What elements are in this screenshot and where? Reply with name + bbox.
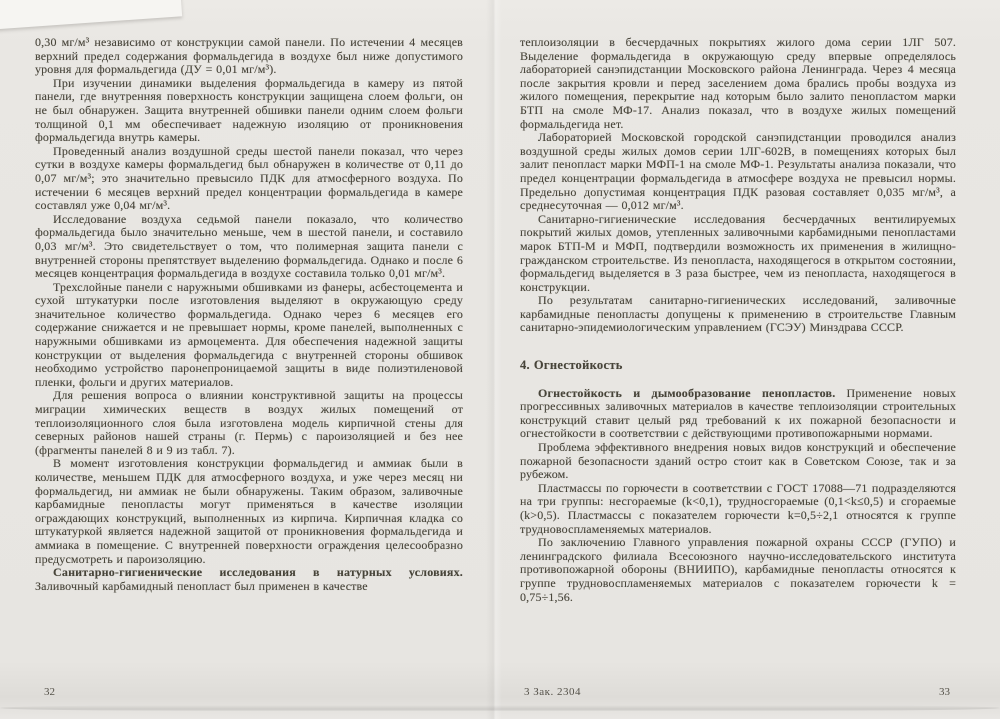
paragraph-bold-lead: Огнестойкость и дымообразование пеноплас… bbox=[538, 386, 835, 400]
paragraph: Санитарно-гигиенические исследования бес… bbox=[520, 213, 956, 295]
paragraph: Пластмассы по горючести в соответствии с… bbox=[520, 482, 956, 536]
paragraph: Санитарно-гигиенические исследования в н… bbox=[35, 566, 463, 593]
paragraph-bold-lead: Санитарно-гигиенические исследования в н… bbox=[53, 565, 463, 579]
paragraph: Лабораторией Московской городской санэпи… bbox=[520, 131, 956, 213]
paragraph: В момент изготовления конструкции формал… bbox=[35, 457, 463, 566]
paragraph: Трехслойные панели с наружными обшивками… bbox=[35, 281, 463, 390]
page-number-right: 33 bbox=[939, 686, 950, 698]
paragraphs: теплоизоляции в бесчердачных покрытиях ж… bbox=[520, 36, 956, 604]
print-run-imprint: 3 Зак. 2304 bbox=[524, 686, 581, 698]
paragraph: теплоизоляции в бесчердачных покрытиях ж… bbox=[520, 36, 956, 131]
page-left: 0,30 мг/м³ независимо от конструкции сам… bbox=[8, 0, 488, 719]
paragraph: Огнестойкость и дымообразование пеноплас… bbox=[520, 387, 956, 441]
scanned-book-spread: 0,30 мг/м³ независимо от конструкции сам… bbox=[0, 0, 1000, 719]
paragraph: Для решения вопроса о влиянии конструкти… bbox=[35, 389, 463, 457]
paragraph: Проблема эффективного внедрения новых ви… bbox=[520, 441, 956, 482]
page-number-left: 32 bbox=[44, 686, 55, 698]
section-heading: 4. Огнестойкость bbox=[520, 359, 956, 373]
paragraph: По результатам санитарно-гигиенических и… bbox=[520, 294, 956, 335]
paragraph: Проведенный анализ воздушной среды шесто… bbox=[35, 145, 463, 213]
paragraph: Исследование воздуха седьмой панели пока… bbox=[35, 213, 463, 281]
paragraphs: 0,30 мг/м³ независимо от конструкции сам… bbox=[35, 36, 463, 593]
page-right: теплоизоляции в бесчердачных покрытиях ж… bbox=[494, 0, 992, 719]
paragraph: 0,30 мг/м³ независимо от конструкции сам… bbox=[35, 36, 463, 77]
scan-bottom-shadow bbox=[0, 705, 1000, 711]
paragraph: При изучении динамики выделения формальд… bbox=[35, 77, 463, 145]
paragraph: По заключению Главного управления пожарн… bbox=[520, 536, 956, 604]
